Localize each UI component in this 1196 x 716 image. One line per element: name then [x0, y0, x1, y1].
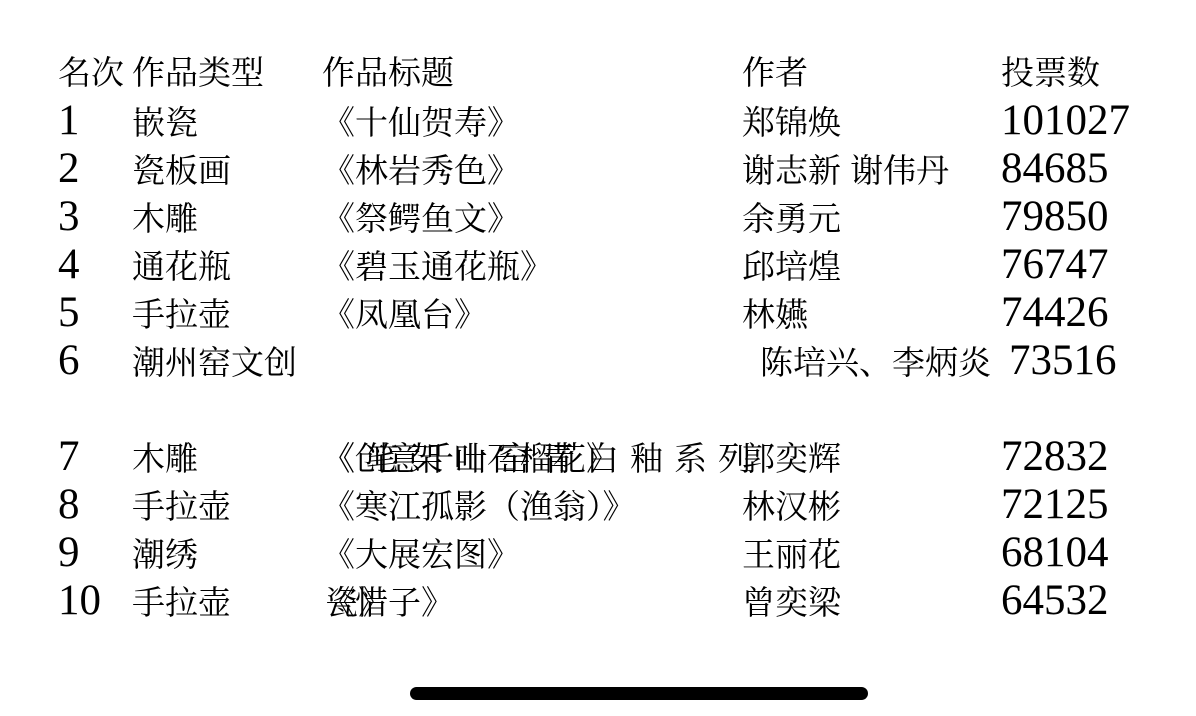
type-cell: 通花瓶 [132, 243, 322, 291]
ranking-table: 名次 作品类型 作品标题 作者 投票数 1 嵌瓷 《十仙贺寿》 郑锦焕 1010… [58, 49, 1158, 625]
author-cell: 曾奕梁 [742, 579, 1001, 627]
rank-cell: 2 [58, 145, 132, 193]
author-cell: 郑锦焕 [742, 99, 1001, 147]
type-cell: 手拉壶 [132, 483, 322, 531]
author-cell: 林嬿 [742, 291, 1001, 339]
author-cell: 谢志新 谢伟丹 [742, 147, 1001, 195]
table-row: 1 嵌瓷 《十仙贺寿》 郑锦焕 101027 [58, 97, 1158, 145]
table-header-row: 名次 作品类型 作品标题 作者 投票数 [58, 49, 1158, 97]
title-cell: 《大展宏图》 [322, 531, 742, 579]
rank-cell: 7 [58, 433, 132, 481]
table-row: 4 通花瓶 《碧玉通花瓶》 邱培煌 76747 [58, 241, 1158, 289]
table-row: 8 手拉壶 《寒江孤影（渔翁）》 林汉彬 72125 [58, 481, 1158, 529]
votes-cell: 72832 [1001, 433, 1109, 481]
header-votes: 投票数 [1001, 49, 1100, 97]
title-cell: 《碧玉通花瓶》 [322, 243, 742, 291]
type-cell: 手拉壶 [132, 291, 322, 339]
rank-cell: 9 [58, 529, 132, 577]
table-row: 3 木雕 《祭鳄鱼文》 余勇元 79850 [58, 193, 1158, 241]
rank-cell: 6 [58, 337, 132, 385]
votes-cell: 68104 [1001, 529, 1109, 577]
header-rank: 名次 [58, 49, 132, 97]
title-cell: 《林岩秀色》 [322, 147, 742, 195]
header-title: 作品标题 [322, 49, 742, 97]
votes-cell: 76747 [1001, 241, 1109, 289]
author-cell: 林汉彬 [742, 483, 1001, 531]
table-row: 2 瓷板画 《林岩秀色》 谢志新 谢伟丹 84685 [58, 145, 1158, 193]
votes-cell: 84685 [1001, 145, 1109, 193]
author-cell: 余勇元 [742, 195, 1001, 243]
table-row: 10 手拉壶 《惜子》 曾奕梁 64532 [58, 577, 1158, 625]
title-cell: 《惜子》 [322, 579, 742, 627]
title-cell: 《祭鳄鱼文》 [322, 195, 742, 243]
table-row: 6 潮州窑文创 《笔架山窑青白釉系列 瓷》 陈培兴、李炳炎 73516 [58, 337, 1158, 433]
type-cell: 潮州窑文创 [132, 339, 322, 387]
rank-cell: 1 [58, 97, 132, 145]
table-row: 5 手拉壶 《凤凰台》 林嬿 74426 [58, 289, 1158, 337]
type-cell: 潮绣 [132, 531, 322, 579]
title-cell: 《创意千叶石榴花》 [322, 435, 742, 483]
rank-cell: 10 [58, 577, 132, 625]
rank-cell: 3 [58, 193, 132, 241]
author-cell: 郭奕辉 [742, 435, 1001, 483]
header-type: 作品类型 [132, 49, 322, 97]
title-cell: 《凤凰台》 [322, 291, 742, 339]
title-cell: 《寒江孤影（渔翁）》 [322, 483, 742, 531]
votes-cell: 64532 [1001, 577, 1109, 625]
author-cell: 邱培煌 [742, 243, 1001, 291]
type-cell: 手拉壶 [132, 579, 322, 627]
table-row: 7 木雕 《创意千叶石榴花》 郭奕辉 72832 [58, 433, 1158, 481]
votes-cell: 72125 [1001, 481, 1109, 529]
header-author: 作者 [742, 49, 1001, 97]
table-row: 9 潮绣 《大展宏图》 王丽花 68104 [58, 529, 1158, 577]
type-cell: 嵌瓷 [132, 99, 322, 147]
type-cell: 木雕 [132, 435, 322, 483]
votes-cell: 73516 [1009, 337, 1117, 385]
author-cell: 王丽花 [742, 531, 1001, 579]
rank-cell: 4 [58, 241, 132, 289]
votes-cell: 74426 [1001, 289, 1109, 337]
votes-cell: 101027 [1001, 97, 1130, 145]
rank-cell: 8 [58, 481, 132, 529]
type-cell: 木雕 [132, 195, 322, 243]
rank-cell: 5 [58, 289, 132, 337]
title-cell: 《十仙贺寿》 [322, 99, 742, 147]
author-cell: 陈培兴、李炳炎 [760, 339, 1009, 387]
type-cell: 瓷板画 [132, 147, 322, 195]
bottom-bar [410, 687, 868, 700]
votes-cell: 79850 [1001, 193, 1109, 241]
